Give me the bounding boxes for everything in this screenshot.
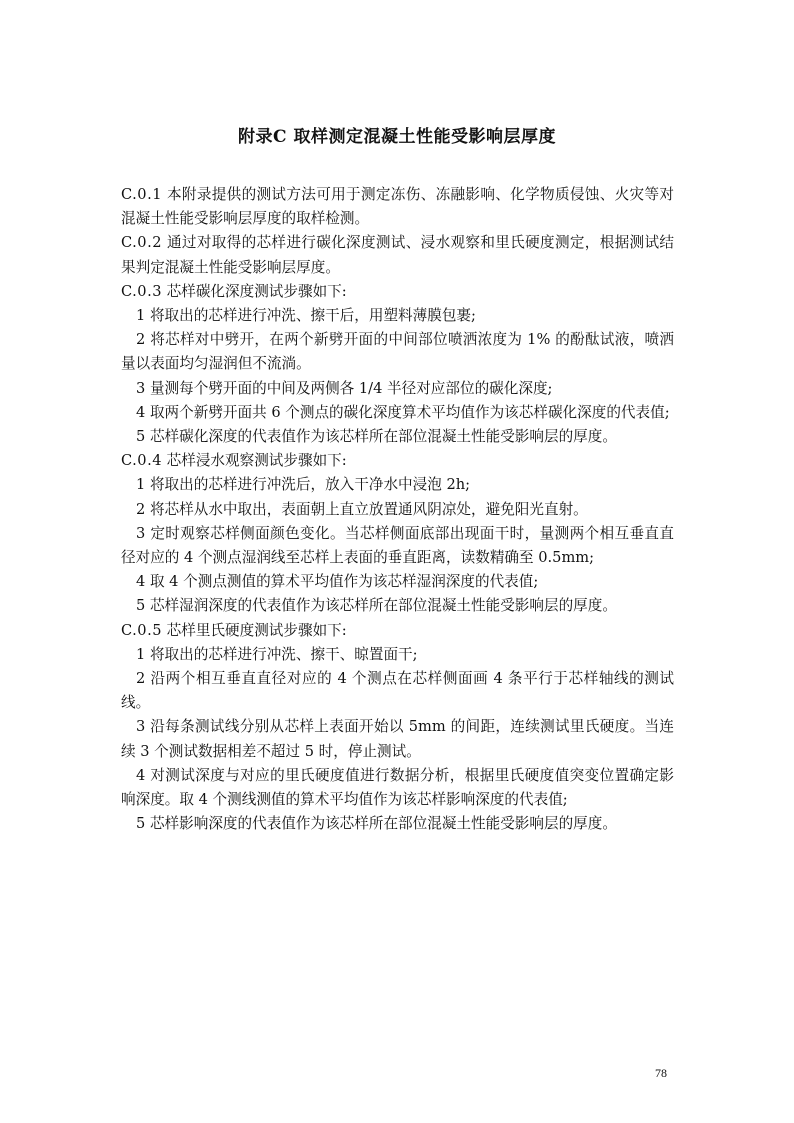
- item-number: 5: [136, 597, 145, 614]
- item-number: 5: [136, 815, 145, 832]
- list-item: 3 定时观察芯样侧面颜色变化。当芯样侧面底部出现面干时，量测两个相互垂直直径对应…: [121, 522, 674, 570]
- clause-text: 本附录提供的测试方法可用于测定冻伤、冻融影响、化学物质侵蚀、火灾等对混凝土性能受…: [121, 186, 674, 227]
- item-number: 5: [136, 428, 145, 445]
- item-number: 2: [136, 331, 145, 348]
- list-item: 5 芯样湿润深度的代表值作为该芯样所在部位混凝土性能受影响层的厚度。: [121, 594, 674, 618]
- list-item: 2 将芯样对中劈开，在两个新劈开面的中间部位喷洒浓度为 1% 的酚酞试液，喷洒量…: [121, 328, 674, 376]
- list-item: 5 芯样碳化深度的代表值作为该芯样所在部位混凝土性能受影响层的厚度。: [121, 425, 674, 449]
- item-text: 将取出的芯样进行冲洗、擦干、晾置面干;: [150, 646, 418, 663]
- list-item: 4 取 4 个测点测值的算术平均值作为该芯样湿润深度的代表值;: [121, 570, 674, 594]
- list-item: 4 对测试深度与对应的里氏硬度值进行数据分析，根据里氏硬度值突变位置确定影响深度…: [121, 764, 674, 812]
- item-number: 3: [136, 525, 145, 542]
- list-item: 2 沿两个相互垂直直径对应的 4 个测点在芯样侧面画 4 条平行于芯样轴线的测试…: [121, 667, 674, 715]
- item-text: 对测试深度与对应的里氏硬度值进行数据分析，根据里氏硬度值突变位置确定影响深度。取…: [121, 767, 674, 808]
- appendix-title: 附录C 取样测定混凝土性能受影响层厚度: [0, 122, 794, 147]
- item-text: 将芯样从水中取出，表面朝上直立放置通风阴凉处，避免阳光直射。: [150, 501, 588, 518]
- item-text: 取两个新劈开面共 6 个测点的碳化深度算术平均值作为该芯样碳化深度的代表值;: [150, 404, 670, 421]
- list-item: 4 取两个新劈开面共 6 个测点的碳化深度算术平均值作为该芯样碳化深度的代表值;: [121, 401, 674, 425]
- item-number: 2: [136, 501, 145, 518]
- clause-number: C.0.3: [121, 283, 162, 300]
- item-number: 4: [136, 573, 145, 590]
- clause-c-0-2: C.0.2 通过对取得的芯样进行碳化深度测试、浸水观察和里氏硬度测定，根据测试结…: [121, 231, 674, 279]
- item-text: 将取出的芯样进行冲洗后，放入干净水中浸泡 2h;: [150, 476, 470, 493]
- item-text: 将取出的芯样进行冲洗、擦干后，用塑料薄膜包裹;: [150, 307, 476, 324]
- item-text: 取 4 个测点测值的算术平均值作为该芯样湿润深度的代表值;: [150, 573, 538, 590]
- list-item: 3 沿每条测试线分别从芯样上表面开始以 5mm 的间距，连续测试里氏硬度。当连续…: [121, 715, 674, 763]
- list-item: 1 将取出的芯样进行冲洗、擦干后，用塑料薄膜包裹;: [121, 304, 674, 328]
- clause-text: 通过对取得的芯样进行碳化深度测试、浸水观察和里氏硬度测定，根据测试结果判定混凝土…: [121, 234, 674, 275]
- item-number: 2: [136, 670, 145, 687]
- item-text: 沿两个相互垂直直径对应的 4 个测点在芯样侧面画 4 条平行于芯样轴线的测试线。: [121, 670, 674, 711]
- clause-text: 芯样里氏硬度测试步骤如下:: [167, 622, 347, 639]
- item-number: 4: [136, 404, 145, 421]
- item-number: 1: [136, 307, 145, 324]
- item-number: 1: [136, 476, 145, 493]
- list-item: 5 芯样影响深度的代表值作为该芯样所在部位混凝土性能受影响层的厚度。: [121, 812, 674, 836]
- clause-number: C.0.2: [121, 234, 162, 251]
- document-body: C.0.1 本附录提供的测试方法可用于测定冻伤、冻融影响、化学物质侵蚀、火灾等对…: [121, 183, 674, 836]
- item-number: 3: [136, 718, 145, 735]
- list-item: 2 将芯样从水中取出，表面朝上直立放置通风阴凉处，避免阳光直射。: [121, 498, 674, 522]
- item-text: 定时观察芯样侧面颜色变化。当芯样侧面底部出现面干时，量测两个相互垂直直径对应的 …: [121, 525, 674, 566]
- clause-c-0-3: C.0.3 芯样碳化深度测试步骤如下:: [121, 280, 674, 304]
- clause-number: C.0.4: [121, 452, 162, 469]
- item-number: 1: [136, 646, 145, 663]
- item-text: 芯样湿润深度的代表值作为该芯样所在部位混凝土性能受影响层的厚度。: [150, 597, 617, 614]
- clause-c-0-4: C.0.4 芯样浸水观察测试步骤如下:: [121, 449, 674, 473]
- page-number: 78: [655, 1066, 667, 1081]
- clause-number: C.0.5: [121, 622, 162, 639]
- item-text: 将芯样对中劈开，在两个新劈开面的中间部位喷洒浓度为 1% 的酚酞试液，喷洒量以表…: [121, 331, 674, 372]
- clause-c-0-5: C.0.5 芯样里氏硬度测试步骤如下:: [121, 619, 674, 643]
- list-item: 1 将取出的芯样进行冲洗、擦干、晾置面干;: [121, 643, 674, 667]
- clause-text: 芯样浸水观察测试步骤如下:: [167, 452, 347, 469]
- clause-c-0-1: C.0.1 本附录提供的测试方法可用于测定冻伤、冻融影响、化学物质侵蚀、火灾等对…: [121, 183, 674, 231]
- clause-number: C.0.1: [121, 186, 162, 203]
- item-text: 量测每个劈开面的中间及两侧各 1/4 半径对应部位的碳化深度;: [150, 380, 553, 397]
- item-number: 3: [136, 380, 145, 397]
- item-number: 4: [136, 767, 145, 784]
- item-text: 芯样影响深度的代表值作为该芯样所在部位混凝土性能受影响层的厚度。: [150, 815, 617, 832]
- list-item: 1 将取出的芯样进行冲洗后，放入干净水中浸泡 2h;: [121, 473, 674, 497]
- list-item: 3 量测每个劈开面的中间及两侧各 1/4 半径对应部位的碳化深度;: [121, 377, 674, 401]
- item-text: 芯样碳化深度的代表值作为该芯样所在部位混凝土性能受影响层的厚度。: [150, 428, 617, 445]
- item-text: 沿每条测试线分别从芯样上表面开始以 5mm 的间距，连续测试里氏硬度。当连续 3…: [121, 718, 674, 759]
- clause-text: 芯样碳化深度测试步骤如下:: [167, 283, 347, 300]
